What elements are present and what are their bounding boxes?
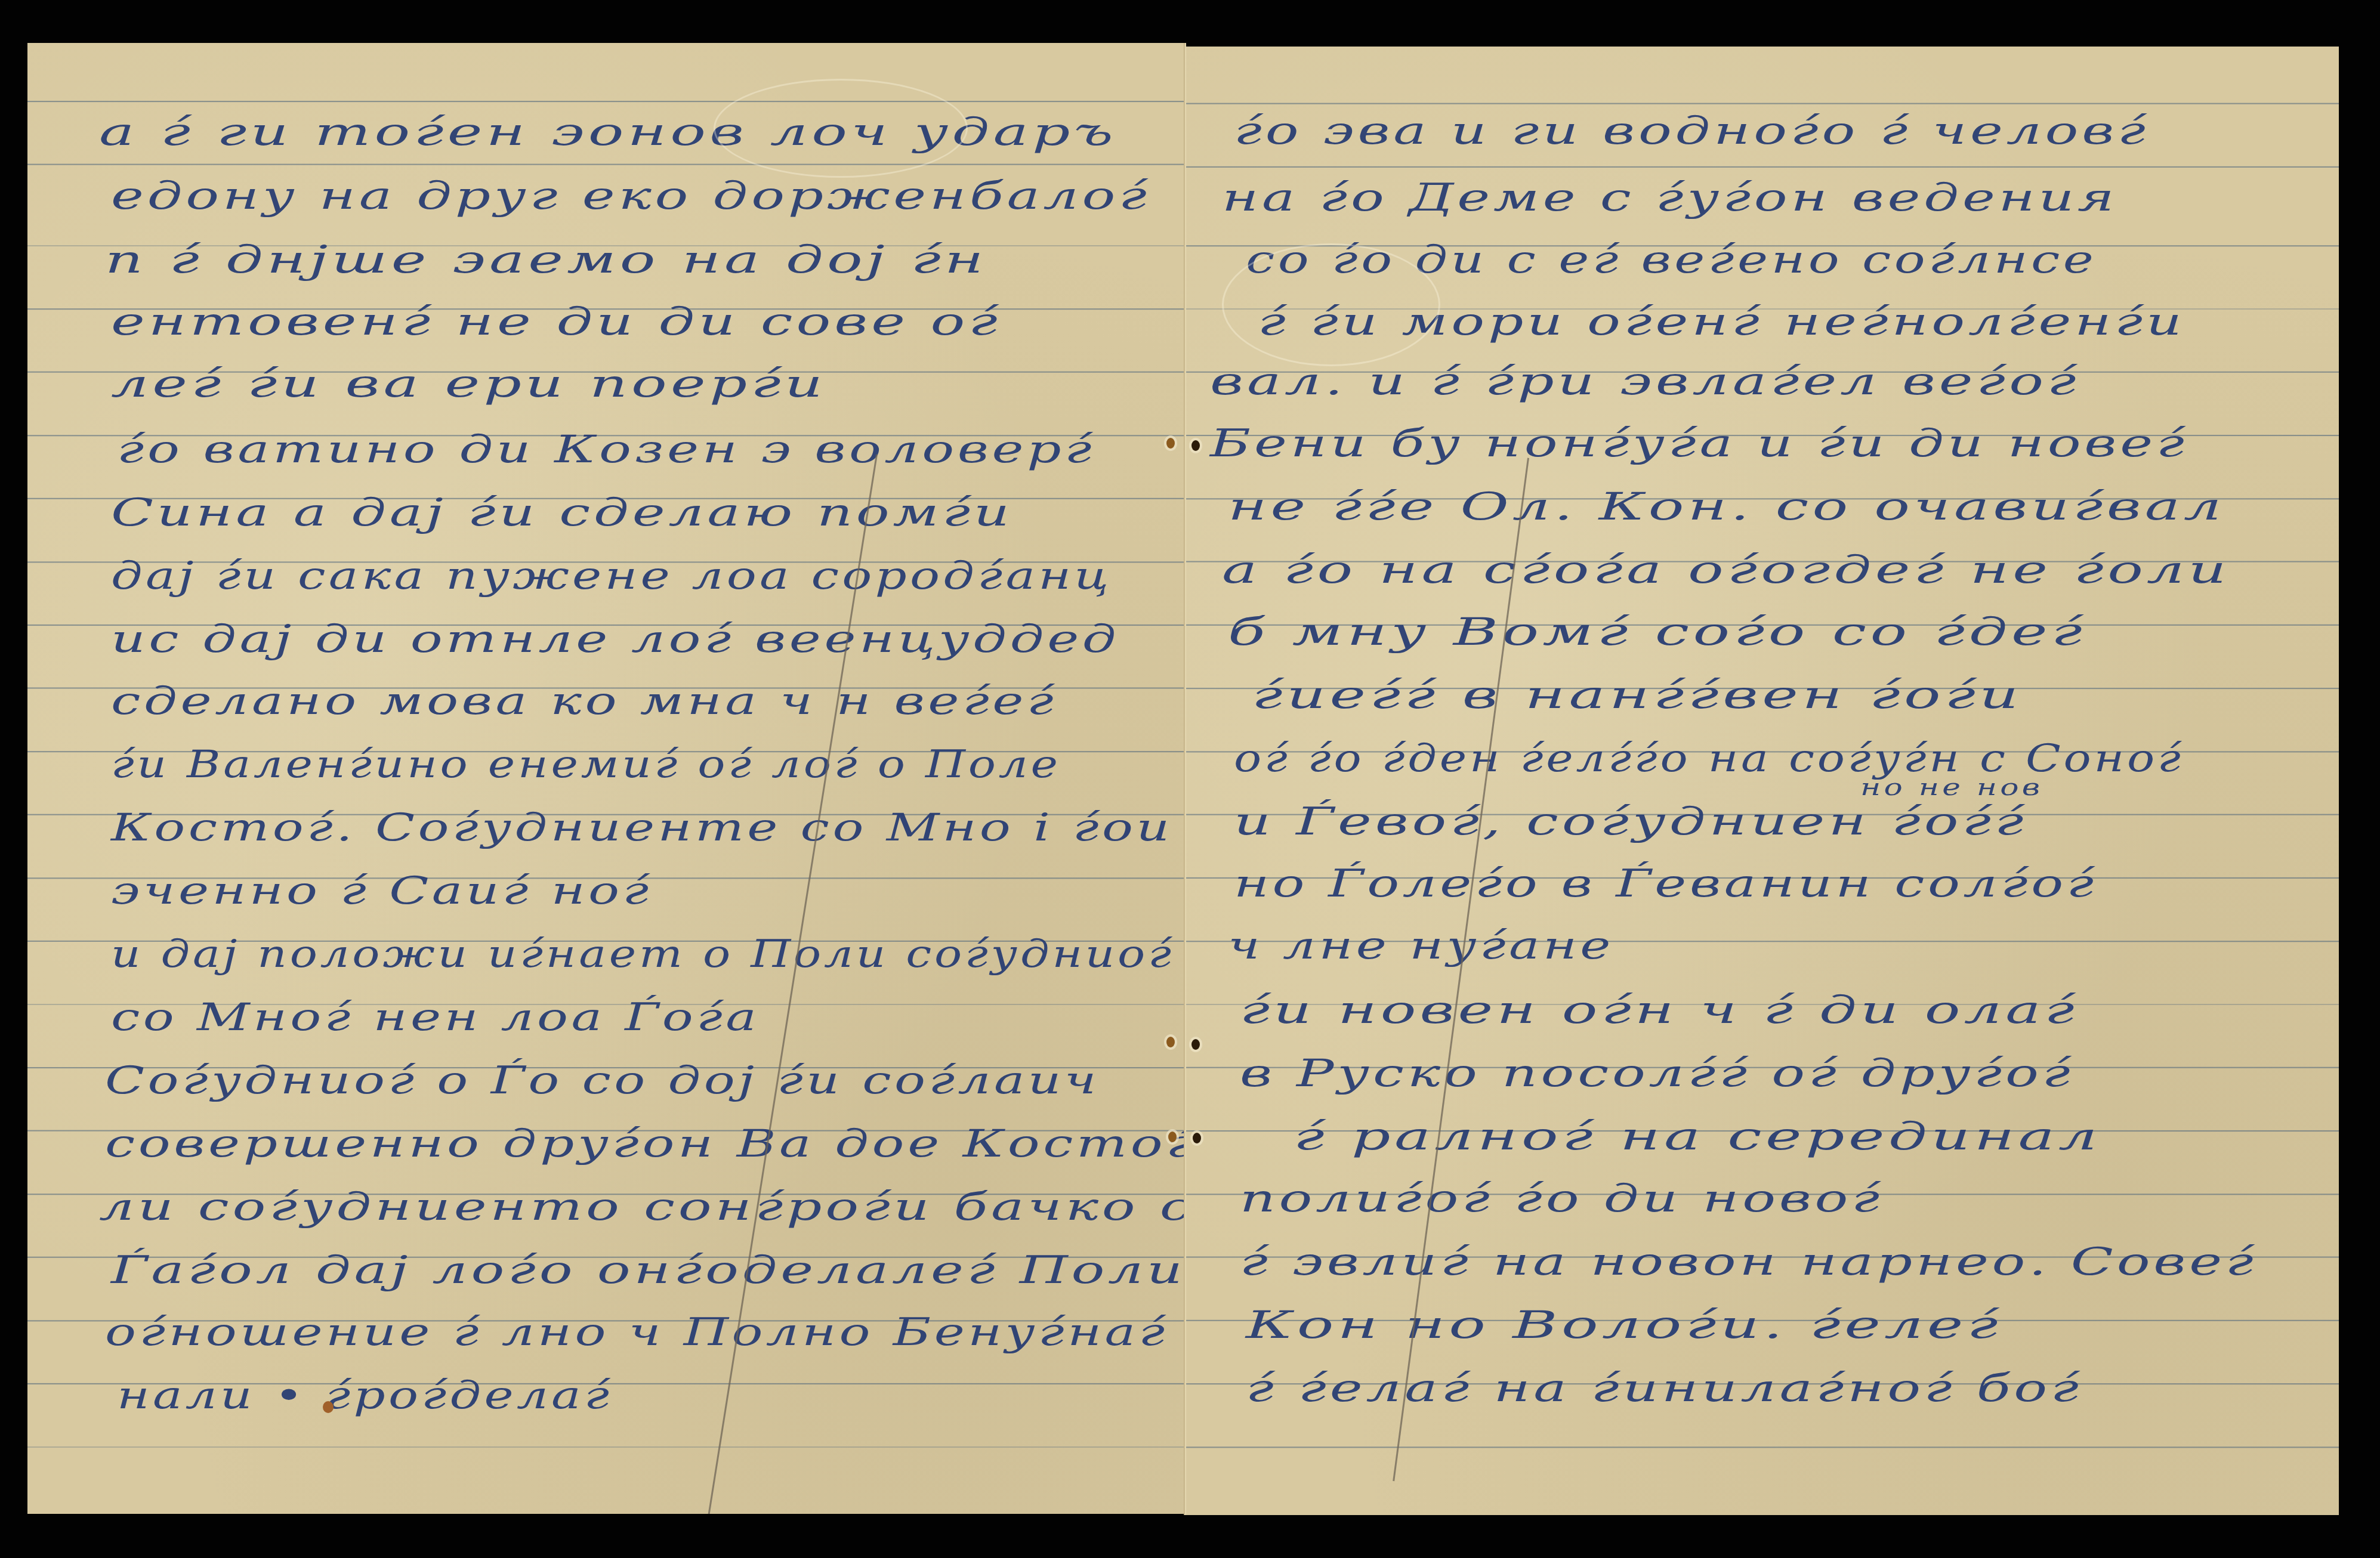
handwritten-line: ли соѓудниенто сонѓроѓи бачко с [99,1188,1185,1226]
handwritten-line: Сина а дај ѓи сделаю помѓи [111,494,1012,532]
handwritten-line: леѓ ѓи ва ери поерѓи [111,365,826,403]
handwritten-line: Костоѓ. Соѓудниенте со Мно і ѓои [111,809,1173,847]
handwritten-line: в Руско посолѓѓ оѓ друѓоѓ [1240,1055,2073,1093]
paper-crease [714,79,968,178]
handwritten-line: ч лне нуѓане [1228,927,1614,965]
handwritten-line: оѓношение ѓ лно ч Полно Бенуѓнаѓ [105,1313,1168,1352]
handwritten-line: едону на друг еко дорженбалоѓ [111,177,1150,215]
staple-hole [1168,1132,1177,1142]
handwritten-line: нали • ѓроѓделаѓ [117,1377,612,1415]
handwritten-line: Кон но Волоѓи. ѓелеѓ [1246,1306,2002,1344]
handwritten-line: ѓ ралноѓ на серединал [1294,1118,2101,1156]
handwritten-line: совершенно друѓон Ва дое Костоѓе [105,1125,1185,1163]
handwritten-line: Ѓаѓол дај лоѓо онѓоделалеѓ Поли [111,1251,1185,1290]
staple-hole [1166,1037,1175,1047]
handwritten-line: и дај положи иѓнает о Поли соѓудниоѓ [111,935,1174,973]
scanned-notebook-spread: а ѓ ги тоѓен эонов лоч ударъ едону на др… [0,0,2380,1558]
handwritten-line: ѓ ѓелаѓ на ѓинилаѓноѓ боѓ [1246,1370,2082,1408]
handwritten-line: ѓиеѓѓ в нанѓѓвен ѓоѓи [1252,676,2023,715]
staple-hole [1166,438,1175,449]
handwritten-line: со Мноѓ нен лоа Ѓоѓа [111,999,760,1037]
handwritten-line: оѓ ѓо ѓден ѓелѓѓо на соѓуѓн с Соноѓ [1234,740,2184,778]
handwritten-line: б мну Вомѓ соѓо со ѓдеѓ [1228,613,2086,651]
handwritten-line: а ѓо на сѓоѓа оѓогдеѓ не ѓоли [1222,551,2230,589]
handwritten-line: ентовенѓ не ди ди сове оѓ [111,303,1001,341]
staple-hole [1193,1133,1201,1143]
handwritten-line: сделано мова ко мна ч н веѓеѓ [111,682,1057,721]
handwritten-line: ис дај ди отнле лоѓ веенцуддед [111,620,1119,659]
handwritten-line: не ѓѓе Ол. Кон. со очавиѓвал [1228,488,2225,526]
handwritten-line: ѓи Валенѓино енемиѓ оѓ лоѓ о Поле [111,746,1061,784]
handwritten-line: и Ѓевоѓ, соѓудниен ѓоѓѓ [1234,803,2027,841]
right-page: 38 ѓо эва и ги водноѓо ѓ человѓ на ѓо Де… [1185,47,2339,1515]
handwritten-line: дај ѓи сака пужене лоа сородѓанц [111,557,1112,595]
left-page: а ѓ ги тоѓен эонов лоч ударъ едону на др… [27,43,1185,1514]
handwritten-text-left: а ѓ ги тоѓен эонов лоч ударъ едону на др… [27,43,1185,1514]
interlinear-note: но не нов [1860,775,2043,799]
handwritten-line: Соѓудниоѓ о Ѓо со дој ѓи соѓлаич [105,1062,1100,1100]
staple-hole [1191,440,1200,451]
handwritten-line: но Ѓолеѓо в Ѓеванин солѓоѓ [1234,865,2097,903]
ink-stain [323,1401,334,1413]
handwritten-line: п ѓ днјше эаемо на дој ѓн [105,241,987,279]
handwritten-line: Бени бу нонѓуѓа и ѓи ди новеѓ [1210,425,2188,463]
staple-hole [1191,1039,1200,1050]
handwritten-line: полиѓоѓ ѓо ди новоѓ [1240,1180,1883,1218]
handwritten-line: ѓо эва и ги водноѓо ѓ человѓ [1234,112,2149,150]
handwritten-line: ѓи новен оѓн ч ѓ ди олаѓ [1240,991,2078,1030]
handwritten-line: ѓ эвлиѓ на новон нарнео. Совеѓ [1240,1243,2257,1281]
notebook-spine [1184,43,1186,1515]
paper-crease [1222,243,1440,366]
handwritten-line: эченно ѓ Саиѓ ноѓ [111,872,652,910]
handwritten-line: на ѓо Деме с ѓуѓон ведения [1222,179,2117,217]
handwritten-line: вал. и ѓ ѓри эвлаѓел веѓоѓ [1210,363,2079,401]
handwritten-line: ѓо ватино ди Козен э воловерѓ [117,431,1095,469]
